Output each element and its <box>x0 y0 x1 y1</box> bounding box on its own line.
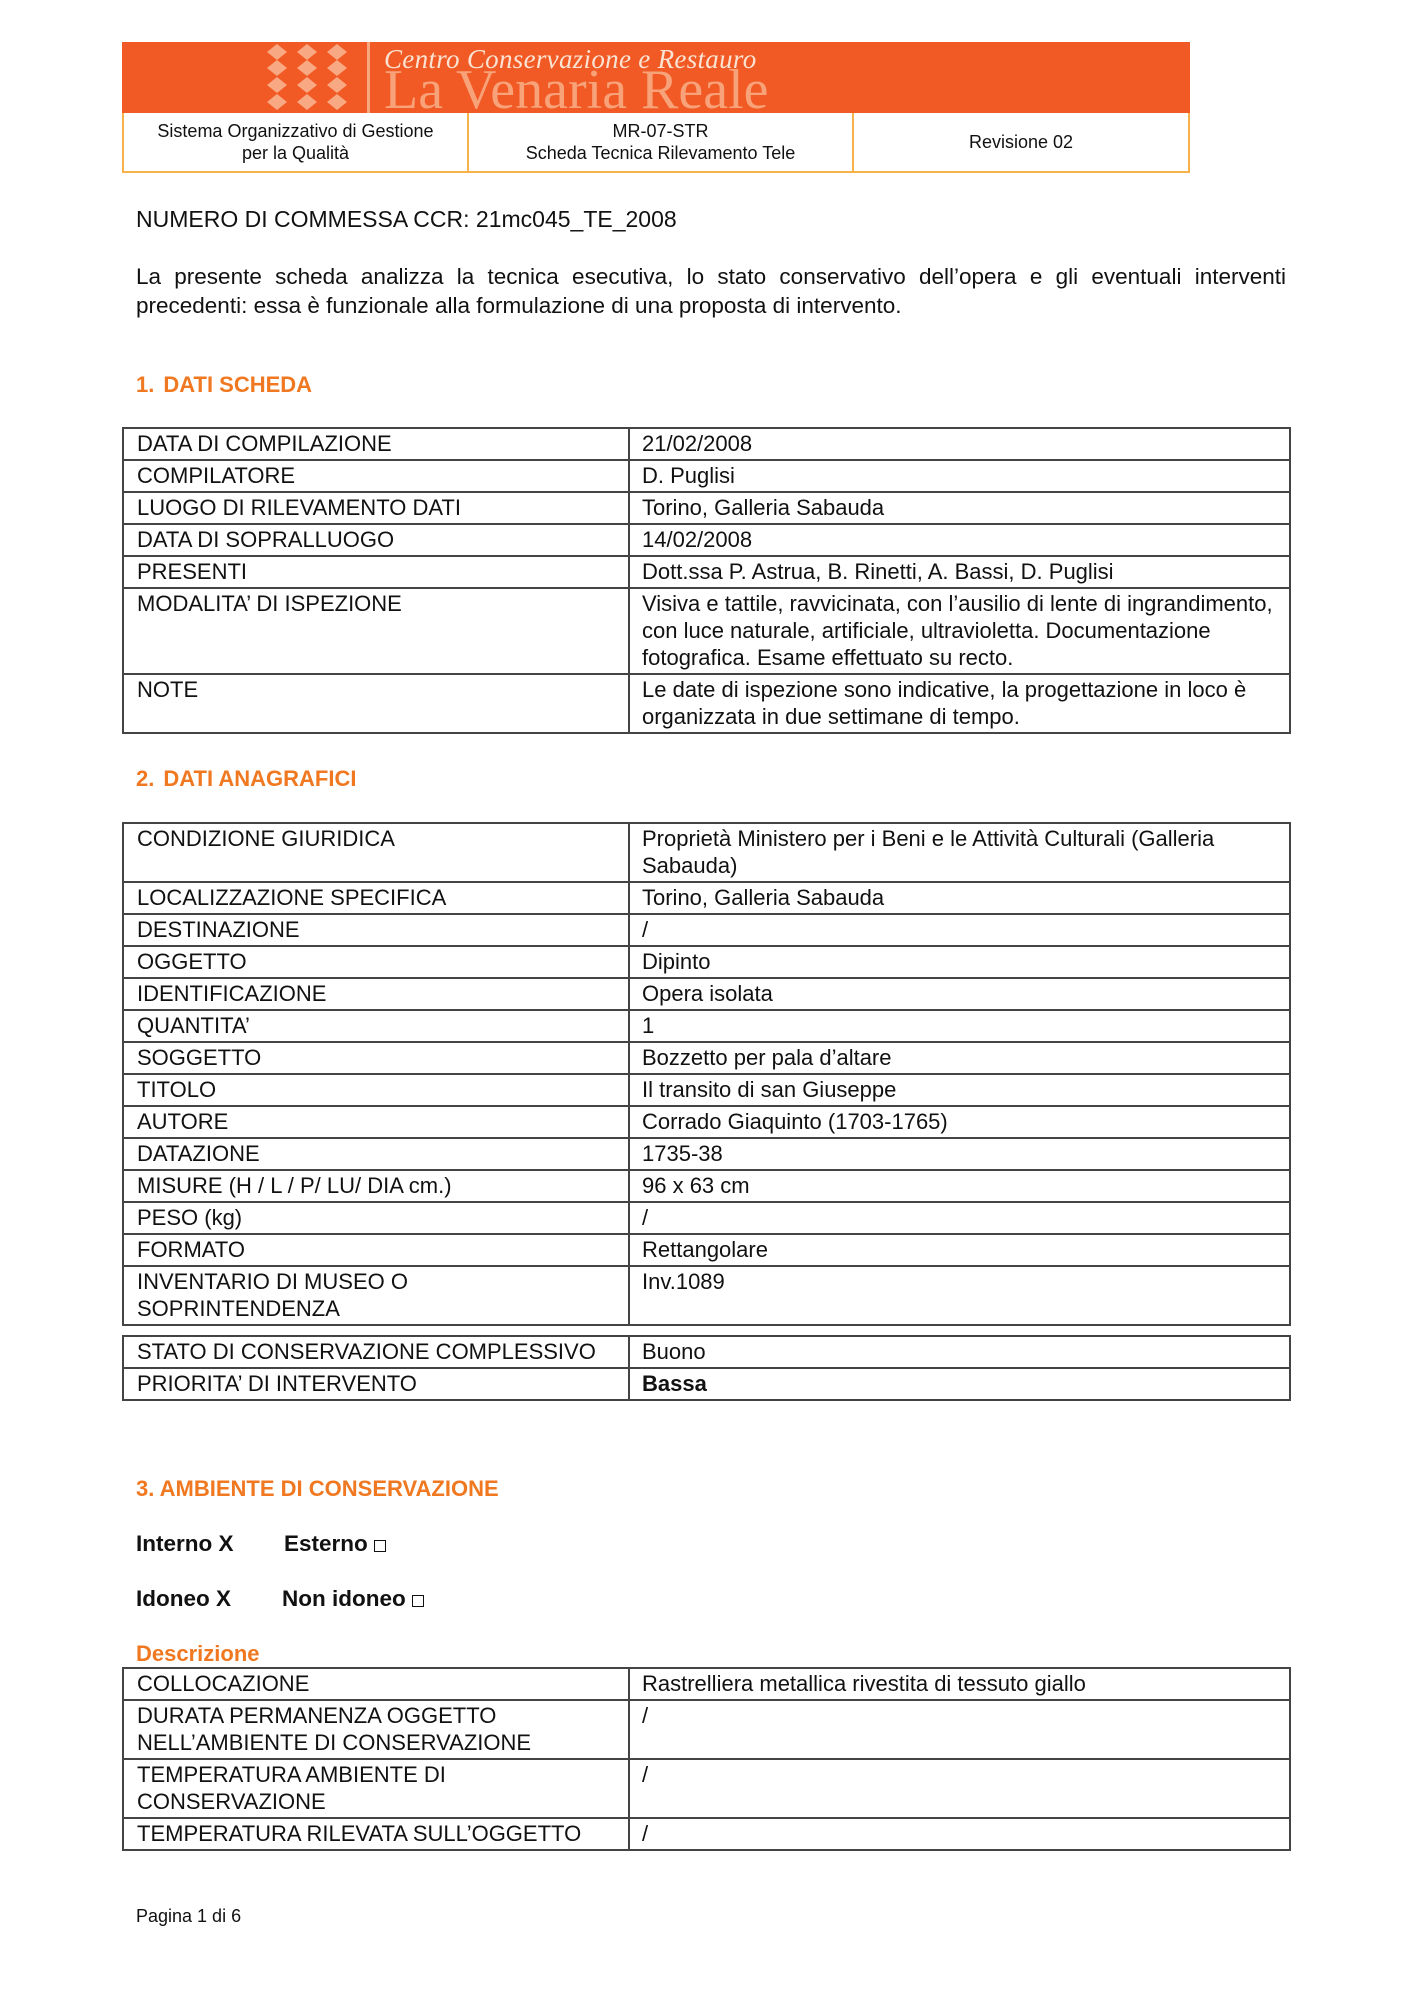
table-row: SOGGETTOBozzetto per pala d’altare <box>123 1042 1290 1074</box>
table-row: STATO DI CONSERVAZIONE COMPLESSIVOBuono <box>123 1336 1290 1368</box>
revision-label: Revisione 02 <box>854 113 1188 171</box>
row-value: Visiva e tattile, ravvicinata, con l’aus… <box>629 588 1290 674</box>
row-value: 21/02/2008 <box>629 428 1290 460</box>
table-row: TITOLOIl transito di san Giuseppe <box>123 1074 1290 1106</box>
row-value: / <box>629 1818 1290 1850</box>
row-label: COLLOCAZIONE <box>123 1668 629 1700</box>
row-value: Inv.1089 <box>629 1266 1290 1325</box>
row-label: DATA DI COMPILAZIONE <box>123 428 629 460</box>
dati-scheda-table: DATA DI COMPILAZIONE21/02/2008COMPILATOR… <box>122 427 1291 734</box>
brand-banner: La Venaria Reale Centro Conservazione e … <box>122 42 1190 113</box>
row-label: OGGETTO <box>123 946 629 978</box>
row-value: Il transito di san Giuseppe <box>629 1074 1290 1106</box>
row-label: NOTE <box>123 674 629 733</box>
row-label: IDENTIFICAZIONE <box>123 978 629 1010</box>
table-row: TEMPERATURA RILEVATA SULL’OGGETTO/ <box>123 1818 1290 1850</box>
row-value: Le date di ispezione sono indicative, la… <box>629 674 1290 733</box>
non-idoneo-checkbox-icon <box>412 1595 424 1607</box>
row-label: QUANTITA’ <box>123 1010 629 1042</box>
table-row: AUTORECorrado Giaquinto (1703-1765) <box>123 1106 1290 1138</box>
table-row: DURATA PERMANENZA OGGETTO NELL’AMBIENTE … <box>123 1700 1290 1759</box>
table-row: DATA DI COMPILAZIONE21/02/2008 <box>123 428 1290 460</box>
row-label: LOCALIZZAZIONE SPECIFICA <box>123 882 629 914</box>
ambiente-table: COLLOCAZIONERastrelliera metallica rives… <box>122 1667 1291 1851</box>
table-row: CONDIZIONE GIURIDICAProprietà Ministero … <box>123 823 1290 882</box>
document-header: La Venaria Reale Centro Conservazione e … <box>122 42 1190 173</box>
row-label: MISURE (H / L / P/ LU/ DIA cm.) <box>123 1170 629 1202</box>
row-label: AUTORE <box>123 1106 629 1138</box>
row-value: Corrado Giaquinto (1703-1765) <box>629 1106 1290 1138</box>
row-label: TEMPERATURA RILEVATA SULL’OGGETTO <box>123 1818 629 1850</box>
row-label: COMPILATORE <box>123 460 629 492</box>
document-title: Scheda Tecnica Rilevamento Tele <box>526 143 796 163</box>
descrizione-heading: Descrizione <box>136 1641 260 1667</box>
table-row: DATA DI SOPRALLUOGO14/02/2008 <box>123 524 1290 556</box>
dati-anagrafici-table: CONDIZIONE GIURIDICAProprietà Ministero … <box>122 822 1291 1326</box>
row-value: Bozzetto per pala d’altare <box>629 1042 1290 1074</box>
table-row: PESO (kg)/ <box>123 1202 1290 1234</box>
row-label: TEMPERATURA AMBIENTE DI CONSERVAZIONE <box>123 1759 629 1818</box>
table-row: FORMATORettangolare <box>123 1234 1290 1266</box>
row-value: D. Puglisi <box>629 460 1290 492</box>
table-row: COLLOCAZIONERastrelliera metallica rives… <box>123 1668 1290 1700</box>
row-value: 14/02/2008 <box>629 524 1290 556</box>
section-1-heading: 1.DATI SCHEDA <box>136 372 312 398</box>
row-value: / <box>629 914 1290 946</box>
interno-esterno-line: Interno XEsterno <box>136 1531 386 1557</box>
row-label: MODALITA’ DI ISPEZIONE <box>123 588 629 674</box>
table-row: TEMPERATURA AMBIENTE DI CONSERVAZIONE/ <box>123 1759 1290 1818</box>
row-label: LUOGO DI RILEVAMENTO DATI <box>123 492 629 524</box>
table-row: DATAZIONE1735-38 <box>123 1138 1290 1170</box>
row-value: / <box>629 1202 1290 1234</box>
non-idoneo-option: Non idoneo <box>282 1586 424 1612</box>
row-label: DESTINAZIONE <box>123 914 629 946</box>
table-row: OGGETTODipinto <box>123 946 1290 978</box>
table-row: INVENTARIO DI MUSEO O SOPRINTENDENZAInv.… <box>123 1266 1290 1325</box>
row-label: CONDIZIONE GIURIDICA <box>123 823 629 882</box>
esterno-checkbox-icon <box>374 1540 386 1552</box>
logo-centro-conservazione: Centro Conservazione e Restauro <box>384 44 757 75</box>
table-row: MODALITA’ DI ISPEZIONEVisiva e tattile, … <box>123 588 1290 674</box>
table-row: COMPILATORED. Puglisi <box>123 460 1290 492</box>
document-code: MR-07-STR <box>612 121 708 141</box>
row-value: / <box>629 1759 1290 1818</box>
quality-system-line2: per la Qualità <box>242 143 349 163</box>
row-label: DATAZIONE <box>123 1138 629 1170</box>
interno-checked-mark: X <box>219 1531 234 1557</box>
idoneo-line: Idoneo XNon idoneo <box>136 1586 424 1612</box>
row-value: Rastrelliera metallica rivestita di tess… <box>629 1668 1290 1700</box>
row-value: Dipinto <box>629 946 1290 978</box>
table-row: DESTINAZIONE/ <box>123 914 1290 946</box>
row-value: Torino, Galleria Sabauda <box>629 882 1290 914</box>
row-label: STATO DI CONSERVAZIONE COMPLESSIVO <box>123 1336 629 1368</box>
header-info-row: Sistema Organizzativo di Gestioneper la … <box>122 113 1190 173</box>
table-row: LOCALIZZAZIONE SPECIFICATorino, Galleria… <box>123 882 1290 914</box>
row-label: DURATA PERMANENZA OGGETTO NELL’AMBIENTE … <box>123 1700 629 1759</box>
esterno-option: Esterno <box>284 1531 386 1557</box>
idoneo-checked-mark: X <box>216 1586 231 1612</box>
page-number: Pagina 1 di 6 <box>136 1906 241 1927</box>
table-row: PRIORITA’ DI INTERVENTOBassa <box>123 1368 1290 1400</box>
quality-system-label: Sistema Organizzativo di Gestioneper la … <box>124 113 469 171</box>
row-value: Buono <box>629 1336 1290 1368</box>
table-row: PRESENTIDott.ssa P. Astrua, B. Rinetti, … <box>123 556 1290 588</box>
intro-paragraph: La presente scheda analizza la tecnica e… <box>136 262 1286 320</box>
row-value: 96 x 63 cm <box>629 1170 1290 1202</box>
row-value: Bassa <box>629 1368 1290 1400</box>
table-row: LUOGO DI RILEVAMENTO DATITorino, Galleri… <box>123 492 1290 524</box>
table-row: NOTELe date di ispezione sono indicative… <box>123 674 1290 733</box>
commessa-number: NUMERO DI COMMESSA CCR: 21mc045_TE_2008 <box>136 206 677 233</box>
row-value: Opera isolata <box>629 978 1290 1010</box>
section-2-heading: 2.DATI ANAGRAFICI <box>136 766 356 792</box>
table-row: IDENTIFICAZIONEOpera isolata <box>123 978 1290 1010</box>
row-label: INVENTARIO DI MUSEO O SOPRINTENDENZA <box>123 1266 629 1325</box>
conservation-status-table: STATO DI CONSERVAZIONE COMPLESSIVOBuonoP… <box>122 1335 1291 1401</box>
row-value: Dott.ssa P. Astrua, B. Rinetti, A. Bassi… <box>629 556 1290 588</box>
row-value: 1735-38 <box>629 1138 1290 1170</box>
row-label: FORMATO <box>123 1234 629 1266</box>
row-label: PRIORITA’ DI INTERVENTO <box>123 1368 629 1400</box>
row-label: PRESENTI <box>123 556 629 588</box>
row-label: TITOLO <box>123 1074 629 1106</box>
section-3-heading: 3. AMBIENTE DI CONSERVAZIONE <box>136 1476 499 1502</box>
quality-system-line1: Sistema Organizzativo di Gestione <box>157 121 433 141</box>
row-value: Rettangolare <box>629 1234 1290 1266</box>
logo-divider <box>367 42 370 113</box>
logo-diamond-pattern-icon <box>262 44 352 110</box>
table-row: MISURE (H / L / P/ LU/ DIA cm.)96 x 63 c… <box>123 1170 1290 1202</box>
idoneo-option: Idoneo X <box>136 1586 282 1612</box>
row-label: PESO (kg) <box>123 1202 629 1234</box>
row-label: SOGGETTO <box>123 1042 629 1074</box>
row-value: Proprietà Ministero per i Beni e le Atti… <box>629 823 1290 882</box>
row-value: 1 <box>629 1010 1290 1042</box>
row-label: DATA DI SOPRALLUOGO <box>123 524 629 556</box>
row-value: / <box>629 1700 1290 1759</box>
table-row: QUANTITA’1 <box>123 1010 1290 1042</box>
document-code-cell: MR-07-STRScheda Tecnica Rilevamento Tele <box>469 113 854 171</box>
row-value: Torino, Galleria Sabauda <box>629 492 1290 524</box>
interno-option: Interno X <box>136 1531 284 1557</box>
